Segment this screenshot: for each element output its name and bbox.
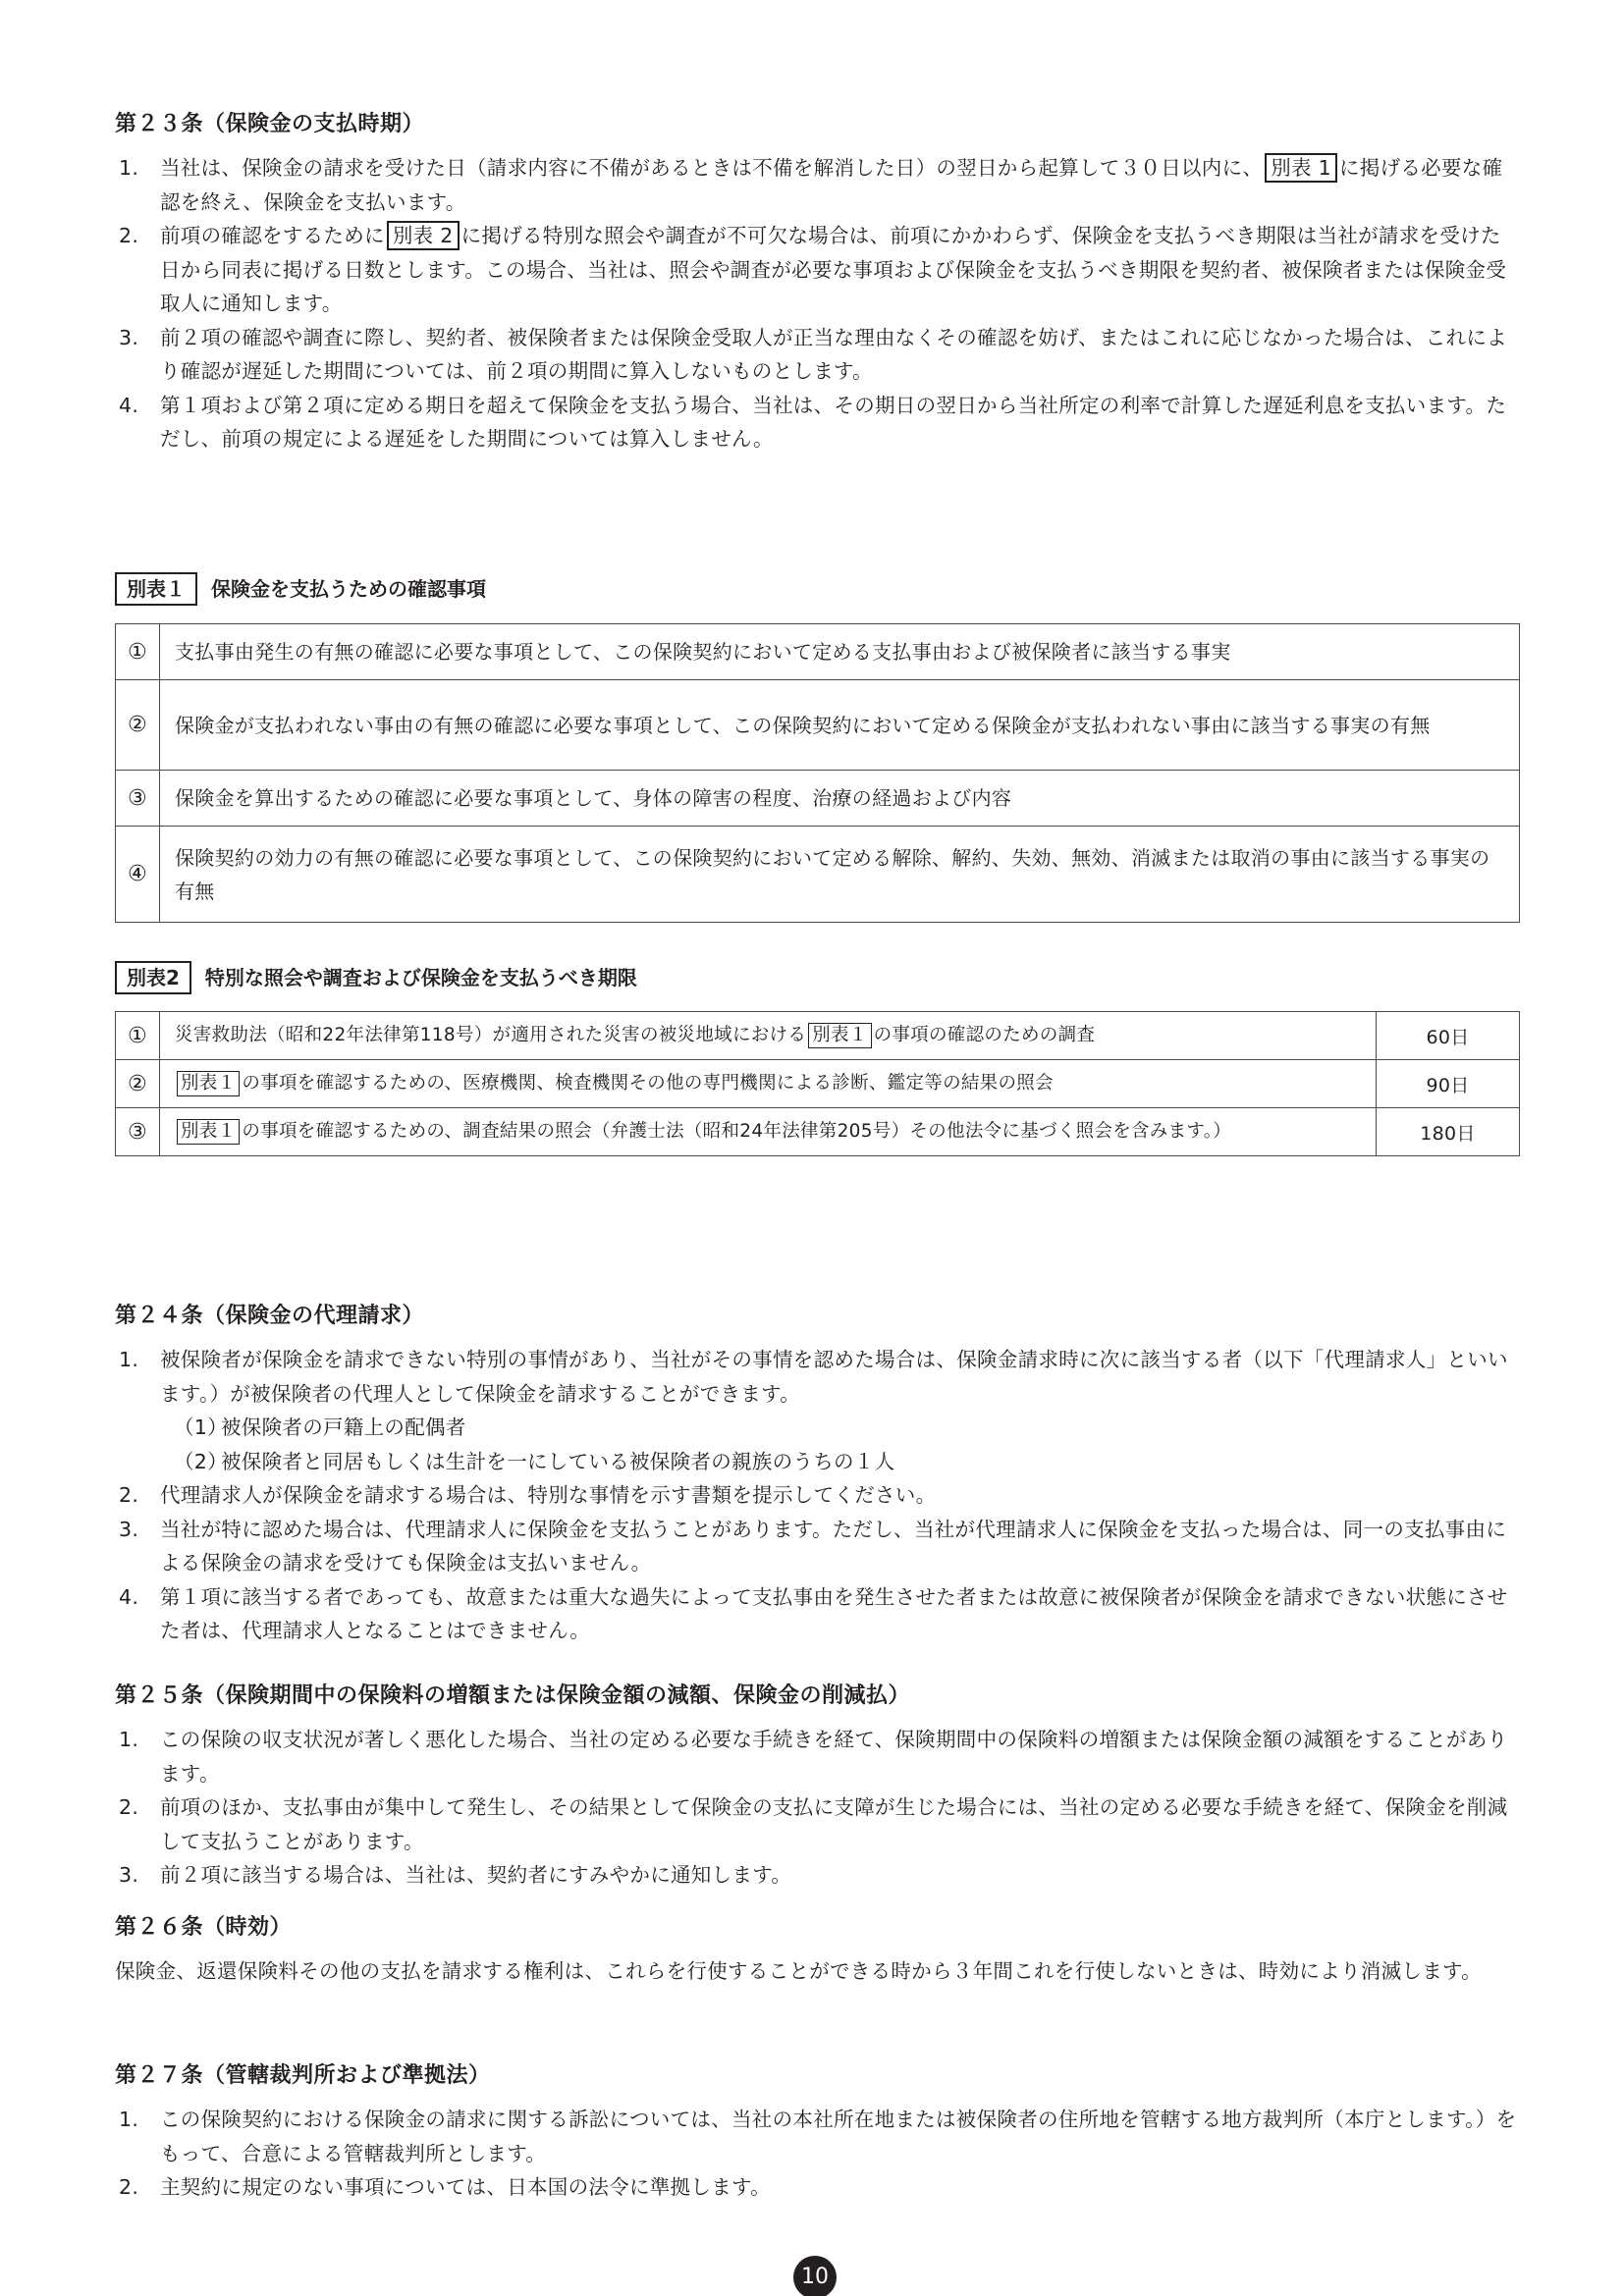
- article-27-clause-2: 2. 主契約に規定のない事項については、日本国の法令に準拠します。: [115, 2170, 1521, 2205]
- article-24-title: 第２４条（保険金の代理請求）: [115, 1302, 1521, 1331]
- article-24-clause-1: 1. 被保険者が保険金を請求できない特別の事情があり、当社がその事情を認めた場合…: [115, 1343, 1521, 1411]
- article-26-text: 保険金、返還保険料その他の支払を請求する権利は、これらを行使することができる時か…: [115, 1954, 1521, 1989]
- article-26-title: 第２６条（時効）: [115, 1913, 1521, 1943]
- table-2: ① 災害救助法（昭和22年法律第118号）が適用された災害の被災地域における別表…: [115, 1011, 1520, 1156]
- days-value: 60日: [1377, 1012, 1520, 1060]
- table-row: ③ 保険金を算出するための確認に必要な事項として、身体の障害の程度、治療の経過お…: [116, 771, 1520, 827]
- days-value: 90日: [1377, 1060, 1520, 1108]
- table-1-label: 別表１: [115, 572, 197, 606]
- article-23-clause-2: 2. 前項の確認をするために別表 2に掲げる特別な照会や調査が不可欠な場合は、前…: [115, 219, 1521, 321]
- ref-table-1: 別表１: [808, 1023, 871, 1048]
- article-25: 第２５条（保険期間中の保険料の増額または保険金額の減額、保険金の削減払） 1. …: [115, 1682, 1521, 1893]
- article-24-clause-2: 2. 代理請求人が保険金を請求する場合は、特別な事情を示す書類を提示してください…: [115, 1478, 1521, 1513]
- article-27-title: 第２７条（管轄裁判所および準拠法）: [115, 2061, 1521, 2091]
- article-24-clause-4: 4. 第１項に該当する者であっても、故意または重大な過失によって支払事由を発生さ…: [115, 1580, 1521, 1648]
- table-row: ② 保険金が支払われない事由の有無の確認に必要な事項として、この保険契約において…: [116, 680, 1520, 771]
- ref-table-1: 別表１: [177, 1119, 240, 1145]
- article-25-title: 第２５条（保険期間中の保険料の増額または保険金額の減額、保険金の削減払）: [115, 1682, 1521, 1711]
- article-24-subitem-1: （1） 被保険者の戸籍上の配偶者: [115, 1411, 1521, 1445]
- table-row: ① 災害救助法（昭和22年法律第118号）が適用された災害の被災地域における別表…: [116, 1012, 1520, 1060]
- ref-table-1: 別表１: [177, 1071, 240, 1096]
- table-1-title: 保険金を支払うための確認事項: [211, 574, 486, 604]
- page-number: 10: [793, 2256, 837, 2296]
- article-23-clause-1: 1. 当社は、保険金の請求を受けた日（請求内容に不備があるときは不備を解消した日…: [115, 151, 1521, 219]
- article-24-subitem-2: （2） 被保険者と同居もしくは生計を一にしている被保険者の親族のうちの１人: [115, 1445, 1521, 1479]
- table-row: ③ 別表１の事項を確認するための、調査結果の照会（弁護士法（昭和24年法律第20…: [116, 1108, 1520, 1156]
- article-23-clause-3: 3. 前２項の確認や調査に際し、契約者、被保険者または保険金受取人が正当な理由な…: [115, 321, 1521, 389]
- article-25-clause-1: 1. この保険の収支状況が著しく悪化した場合、当社の定める必要な手続きを経て、保…: [115, 1723, 1521, 1790]
- article-24: 第２４条（保険金の代理請求） 1. 被保険者が保険金を請求できない特別の事情があ…: [115, 1302, 1521, 1648]
- table-1-heading: 別表１ 保険金を支払うための確認事項: [115, 572, 486, 606]
- article-23-clause-4: 4. 第１項および第２項に定める期日を超えて保険金を支払う場合、当社は、その期日…: [115, 389, 1521, 456]
- table-2-heading: 別表2 特別な照会や調査および保険金を支払うべき期限: [115, 961, 637, 994]
- article-25-clause-3: 3. 前２項に該当する場合は、当社は、契約者にすみやかに通知します。: [115, 1858, 1521, 1893]
- table-1: ① 支払事由発生の有無の確認に必要な事項として、この保険契約において定める支払事…: [115, 623, 1520, 923]
- table-row: ② 別表１の事項を確認するための、医療機関、検査機関その他の専門機関による診断、…: [116, 1060, 1520, 1108]
- article-23: 第２３条（保険金の支払時期） 1. 当社は、保険金の請求を受けた日（請求内容に不…: [115, 110, 1521, 456]
- table-2-label: 別表2: [115, 961, 191, 994]
- table-row: ④ 保険契約の効力の有無の確認に必要な事項として、この保険契約において定める解除…: [116, 827, 1520, 923]
- article-24-clause-3: 3. 当社が特に認めた場合は、代理請求人に保険金を支払うことがあります。ただし、…: [115, 1513, 1521, 1580]
- article-26: 第２６条（時効） 保険金、返還保険料その他の支払を請求する権利は、これらを行使す…: [115, 1913, 1521, 1989]
- article-27-clause-1: 1. この保険契約における保険金の請求に関する訴訟については、当社の本社所在地ま…: [115, 2103, 1521, 2170]
- table-row: ① 支払事由発生の有無の確認に必要な事項として、この保険契約において定める支払事…: [116, 624, 1520, 680]
- ref-table-1: 別表 1: [1265, 153, 1337, 183]
- article-27: 第２７条（管轄裁判所および準拠法） 1. この保険契約における保険金の請求に関す…: [115, 2061, 1521, 2205]
- ref-table-2: 別表 2: [387, 221, 460, 250]
- article-23-title: 第２３条（保険金の支払時期）: [115, 110, 1521, 139]
- days-value: 180日: [1377, 1108, 1520, 1156]
- table-2-title: 特別な照会や調査および保険金を支払うべき期限: [205, 963, 637, 992]
- article-25-clause-2: 2. 前項のほか、支払事由が集中して発生し、その結果として保険金の支払に支障が生…: [115, 1790, 1521, 1858]
